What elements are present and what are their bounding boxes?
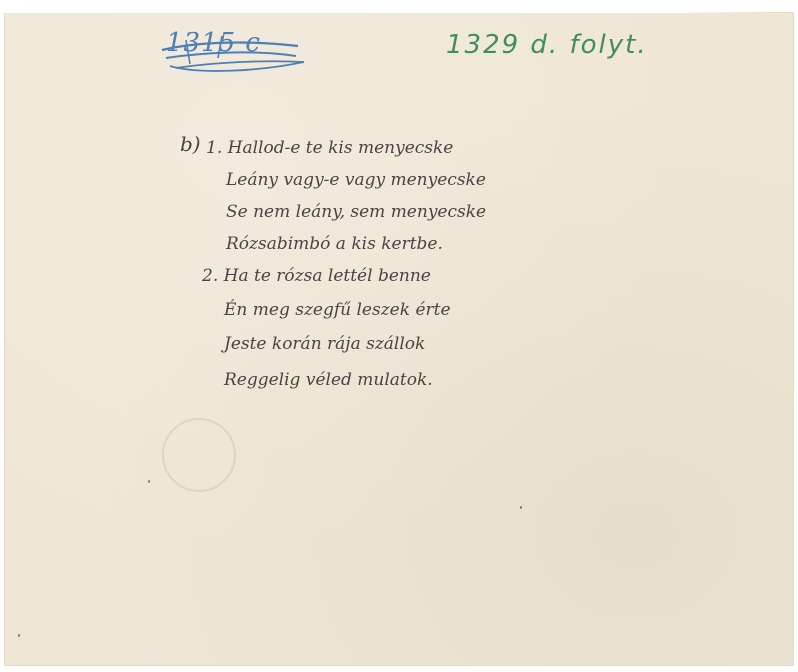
lyric-line: Se nem leány, sem menyecske	[226, 198, 486, 226]
stanza-number: 1.	[206, 138, 222, 158]
scanned-page: 1315 c 1329 d. folyt. b) 1. Hallod-e te …	[0, 0, 798, 672]
lyric-line: Reggelig véled mulatok.	[224, 366, 433, 394]
lyric-line: Ha te rózsa lettél benne	[224, 266, 431, 286]
faded-stamp-icon	[162, 418, 236, 492]
stanza-number: 2.	[202, 266, 218, 286]
struck-archive-number: 1315 c	[166, 28, 261, 58]
paper-speck	[18, 634, 20, 637]
lyric-line: Leány vagy-e vagy menyecske	[226, 166, 486, 194]
lyric-line: Hallod-e te kis menyecske	[228, 138, 454, 158]
section-label: b)	[180, 132, 201, 156]
paper-speck	[520, 506, 522, 509]
lyric-line: Jeste korán rája szállok	[224, 330, 425, 358]
lyric-line: Én meg szegfű leszek érte	[224, 296, 451, 324]
paper-speck	[148, 480, 150, 483]
lyric-line: Rózsabimbó a kis kertbe.	[226, 230, 443, 258]
archive-number: 1329 d. folyt.	[446, 30, 648, 60]
